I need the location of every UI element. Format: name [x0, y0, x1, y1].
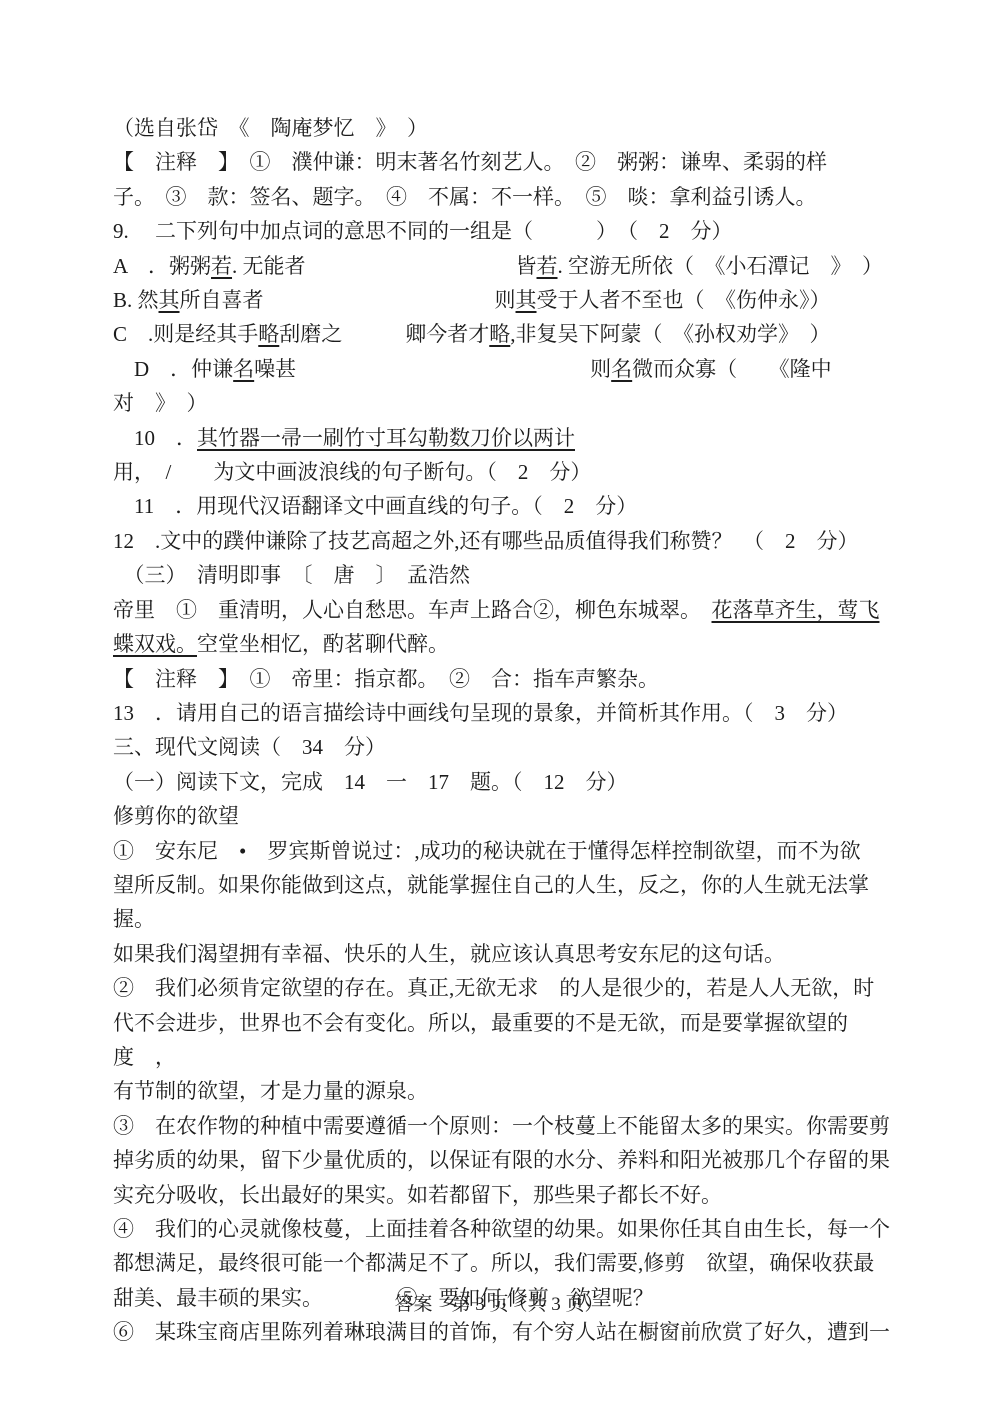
text-line: 如果我们渴望拥有幸福、快乐的人生，就应该认真思考安东尼的这句话。: [113, 937, 891, 971]
text-segment: （选自张岱 《 陶庵梦忆 》 ）: [113, 116, 428, 140]
text-line: 三、现代文阅读（ 34 分）: [113, 730, 891, 764]
text-segment: [296, 357, 590, 381]
page-body: （选自张岱 《 陶庵梦忆 》 ）【 注释 】 ① 濮仲谦：明末著名竹刻艺人。 ②…: [113, 111, 891, 1350]
text-segment: [264, 288, 495, 312]
underlined-text: 其: [516, 288, 537, 312]
text-segment: 掉劣质的幼果，留下少量优质的，以保证有限的水分、养料和阳光被那几个存留的果: [113, 1148, 890, 1172]
text-segment: [342, 322, 405, 346]
text-line: 帝里 ① 重清明，人心自愁思。车声上路合②，柳色东城翠。 花落草齐生，莺飞: [113, 593, 891, 627]
text-segment: C .则是经其手: [113, 322, 258, 346]
text-line: 9. 二下列句中加点词的意思不同的一组是（ ） （ 2 分）: [113, 214, 891, 248]
text-segment: ,非复吴下阿蒙（ 《孙权劝学》 ）: [510, 322, 830, 346]
text-segment: ① 安东尼 • 罗宾斯曾说过：,成功的秘诀就在于懂得怎样控制欲望，而不为欲: [113, 839, 861, 863]
underlined-text: 略: [489, 322, 510, 346]
text-line: 用， / 为文中画波浪线的句子断句。（ 2 分）: [113, 455, 891, 489]
text-segment: B. 然: [113, 288, 159, 312]
text-segment: 三、现代文阅读（ 34 分）: [113, 735, 386, 759]
text-segment: 用， / 为文中画波浪线的句子断句。（ 2 分）: [113, 460, 591, 484]
text-segment: ② 我们必须肯定欲望的存在。真正,无欲无求 的人是很少的，若是人人无欲，时: [113, 976, 874, 1000]
text-line: 望所反制。如果你能做到这点，就能掌握住自己的人生，反之，你的人生就无法掌握。: [113, 868, 891, 937]
text-segment: （一）阅读下文，完成 14 一 17 题。（ 12 分）: [113, 770, 628, 794]
underlined-text: 若: [211, 254, 232, 278]
text-segment: A ．粥粥: [113, 254, 211, 278]
exam-page: { "page": { "footer": "答案 第 3 页（共 3 页）" …: [0, 0, 998, 1418]
text-segment: 12 .文中的蹼仲谦除了技艺高超之外,还有哪些品质值得我们称赞？ （ 2 分）: [113, 529, 859, 553]
text-segment: 子。 ③ 款：签名、题字。 ④ 不属：不一样。 ⑤ 啖：拿利益引诱人。: [113, 185, 817, 209]
underlined-text: 其竹器一帚一刷竹寸耳勾勒数刀价以两计: [197, 426, 575, 450]
text-line: 10 ．其竹器一帚一刷竹寸耳勾勒数刀价以两计: [113, 421, 891, 455]
text-line: ③ 在农作物的种植中需要遵循一个原则：一个枝蔓上不能留太多的果实。你需要剪: [113, 1109, 891, 1143]
text-segment: 刮磨之: [279, 322, 342, 346]
text-segment: ③ 在农作物的种植中需要遵循一个原则：一个枝蔓上不能留太多的果实。你需要剪: [113, 1114, 890, 1138]
text-segment: 则: [495, 288, 516, 312]
text-line: 11 ．用现代汉语翻译文中画直线的句子。（ 2 分）: [113, 489, 891, 523]
text-line: 【 注释 】 ① 濮仲谦：明末著名竹刻艺人。 ② 粥粥：谦卑、柔弱的样: [113, 145, 891, 179]
text-line: 蝶双戏。空堂坐相忆，酌茗聊代醉。: [113, 627, 891, 661]
text-segment: 望所反制。如果你能做到这点，就能掌握住自己的人生，反之，你的人生就无法掌握。: [113, 873, 869, 931]
text-line: 12 .文中的蹼仲谦除了技艺高超之外,还有哪些品质值得我们称赞？ （ 2 分）: [113, 524, 891, 558]
text-line: 都想满足，最终很可能一个都满足不了。所以，我们需要,修剪 欲望，确保收获最: [113, 1246, 891, 1280]
underlined-text: 花落草齐生，莺飞: [712, 598, 880, 622]
text-line: D ．仲谦名噪甚 则名微而众寡（ 《隆中: [113, 352, 891, 386]
text-line: A ．粥粥若. 无能者 皆若. 空游无所依（ 《小石潭记 》 ）: [113, 249, 891, 283]
text-line: 修剪你的欲望: [113, 799, 891, 833]
text-segment: 9. 二下列句中加点词的意思不同的一组是（ ） （ 2 分）: [113, 219, 733, 243]
text-segment: 微而众寡（ 《隆中: [632, 357, 832, 381]
underlined-text: 其: [159, 288, 180, 312]
text-segment: 如果我们渴望拥有幸福、快乐的人生，就应该认真思考安东尼的这句话。: [113, 942, 785, 966]
text-line: 子。 ③ 款：签名、题字。 ④ 不属：不一样。 ⑤ 啖：拿利益引诱人。: [113, 180, 891, 214]
text-segment: 11 ．用现代汉语翻译文中画直线的句子。（ 2 分）: [113, 494, 637, 518]
text-line: 掉劣质的幼果，留下少量优质的，以保证有限的水分、养料和阳光被那几个存留的果: [113, 1143, 891, 1177]
text-segment: 修剪你的欲望: [113, 804, 239, 828]
text-segment: 空堂坐相忆，酌茗聊代醉。: [197, 632, 449, 656]
text-segment: 【 注释 】 ① 濮仲谦：明末著名竹刻艺人。 ② 粥粥：谦卑、柔弱的样: [113, 150, 827, 174]
underlined-text: 略: [258, 322, 279, 346]
text-segment: . 空游无所依（ 《小石潭记 》 ）: [558, 254, 884, 278]
text-segment: 则: [590, 357, 611, 381]
text-segment: 卿今者才: [405, 322, 489, 346]
text-segment: 【 注释 】 ① 帝里：指京都。 ② 合：指车声繁杂。: [113, 667, 659, 691]
text-line: 实充分吸收，长出最好的果实。如若都留下，那些果子都长不好。: [113, 1178, 891, 1212]
text-segment: ④ 我们的心灵就像枝蔓，上面挂着各种欲望的幼果。如果你任其自由生长，每一个: [113, 1217, 890, 1241]
text-line: 【 注释 】 ① 帝里：指京都。 ② 合：指车声繁杂。: [113, 662, 891, 696]
text-line: B. 然其所自喜者 则其受于人者不至也（ 《伤仲永》）: [113, 283, 891, 317]
text-line: ① 安东尼 • 罗宾斯曾说过：,成功的秘诀就在于懂得怎样控制欲望，而不为欲: [113, 834, 891, 868]
text-segment: ⑥ 某珠宝商店里陈列着琳琅满目的首饰，有个穷人站在橱窗前欣赏了好久，遭到一: [113, 1320, 890, 1344]
text-line: ② 我们必须肯定欲望的存在。真正,无欲无求 的人是很少的，若是人人无欲，时: [113, 971, 891, 1005]
text-segment: 13 ．请用自己的语言描绘诗中画线句呈现的景象，并简析其作用。（ 3 分）: [113, 701, 848, 725]
text-line: （三） 清明即事 〔 唐 〕 孟浩然: [113, 558, 891, 592]
underlined-text: 名: [233, 357, 254, 381]
page-footer: 答案 第 3 页（共 3 页）: [0, 1291, 998, 1319]
text-line: （选自张岱 《 陶庵梦忆 》 ）: [113, 111, 891, 145]
text-line: 代不会进步，世界也不会有变化。所以，最重要的不是无欲，而是要掌握欲望的 度 ，: [113, 1006, 891, 1075]
text-segment: 受于人者不至也（ 《伤仲永》）: [537, 288, 831, 312]
text-line: 对 》 ）: [113, 386, 891, 420]
text-line: 13 ．请用自己的语言描绘诗中画线句呈现的景象，并简析其作用。（ 3 分）: [113, 696, 891, 730]
text-segment: D ．仲谦: [113, 357, 233, 381]
text-segment: 所自喜者: [180, 288, 264, 312]
text-segment: . 无能者: [232, 254, 306, 278]
text-segment: 噪甚: [254, 357, 296, 381]
text-line: C .则是经其手略刮磨之 卿今者才略,非复吴下阿蒙（ 《孙权劝学》 ）: [113, 317, 891, 351]
text-segment: 帝里 ① 重清明，人心自愁思。车声上路合②，柳色东城翠。: [113, 598, 712, 622]
text-line: ④ 我们的心灵就像枝蔓，上面挂着各种欲望的幼果。如果你任其自由生长，每一个: [113, 1212, 891, 1246]
text-segment: 对 》 ）: [113, 391, 208, 415]
underlined-text: 名: [611, 357, 632, 381]
underlined-text: 蝶双戏。: [113, 632, 197, 656]
text-line: （一）阅读下文，完成 14 一 17 题。（ 12 分）: [113, 765, 891, 799]
text-segment: 代不会进步，世界也不会有变化。所以，最重要的不是无欲，而是要掌握欲望的 度 ，: [113, 1011, 853, 1069]
text-segment: 10 ．: [113, 426, 197, 450]
text-segment: [306, 254, 516, 278]
text-segment: 有节制的欲望，才是力量的源泉。: [113, 1079, 428, 1103]
text-segment: 实充分吸收，长出最好的果实。如若都留下，那些果子都长不好。: [113, 1183, 722, 1207]
text-segment: 都想满足，最终很可能一个都满足不了。所以，我们需要,修剪 欲望，确保收获最: [113, 1251, 874, 1275]
text-line: 有节制的欲望，才是力量的源泉。: [113, 1074, 891, 1108]
text-segment: （三） 清明即事 〔 唐 〕 孟浩然: [113, 563, 470, 587]
underlined-text: 若: [537, 254, 558, 278]
text-segment: 皆: [516, 254, 537, 278]
text-line: ⑥ 某珠宝商店里陈列着琳琅满目的首饰，有个穷人站在橱窗前欣赏了好久，遭到一: [113, 1315, 891, 1349]
